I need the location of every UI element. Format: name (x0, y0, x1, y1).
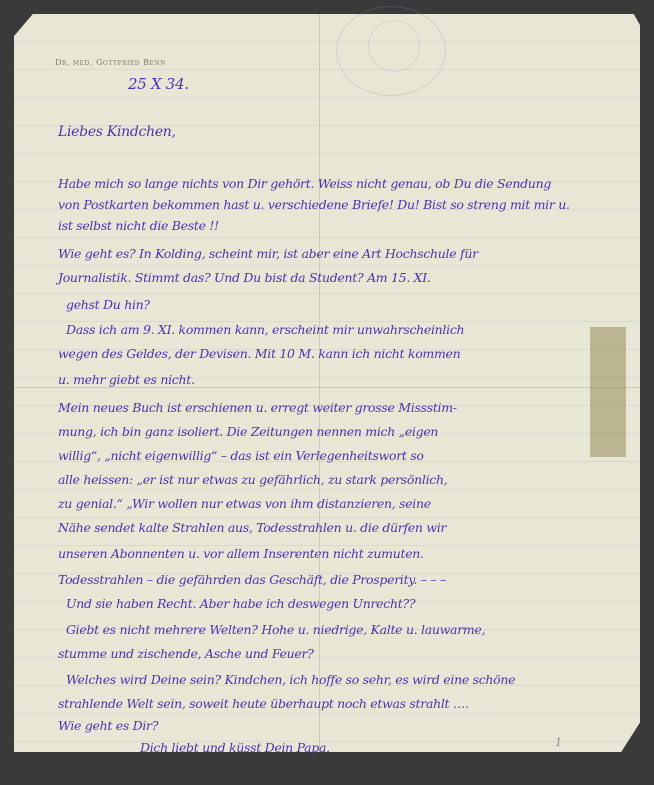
letter-line: ist selbst nicht die Beste !! (58, 218, 219, 233)
letter-line: unseren Abonnenten u. vor allem Inserent… (58, 546, 424, 561)
letter-line: willig“, „nicht eigenwillig“ – das ist e… (58, 448, 424, 463)
letter-line: von Postkarten bekommen hast u. verschie… (58, 197, 570, 212)
letter-date: 25 X 34. (128, 75, 189, 93)
letter-line: Und sie haben Recht. Aber habe ich deswe… (66, 596, 415, 611)
letter-line: strahlende Welt sein, soweit heute überh… (58, 696, 469, 711)
letter-line: gehst Du hin? (66, 297, 150, 312)
page-number: 1 (555, 736, 562, 749)
letter-line: Habe mich so lange nichts von Dir gehört… (58, 176, 551, 191)
vertical-fold-line (319, 14, 320, 752)
letter-line: alle heissen: „er ist nur etwas zu gefäh… (58, 472, 447, 487)
letter-line: u. mehr giebt es nicht. (58, 372, 195, 387)
repair-tape (590, 327, 626, 457)
letter-line: Mein neues Buch ist erschienen u. erregt… (58, 400, 457, 415)
letter-line: wegen des Geldes, der Devisen. Mit 10 M.… (58, 346, 460, 361)
letter-line: Todesstrahlen – die gefährden das Geschä… (58, 572, 446, 587)
letter-line: stumme und zischende, Asche und Feuer? (58, 646, 314, 661)
postal-stamp-inner-ring (368, 20, 420, 72)
letter-line: Wie geht es Dir? (58, 718, 158, 733)
letter-line: Journalistik. Stimmt das? Und Du bist da… (58, 270, 431, 285)
letter-line: zu genial.“ „Wir wollen nur etwas von ih… (58, 496, 431, 511)
letter-line: Nähe sendet kalte Strahlen aus, Todesstr… (58, 520, 446, 535)
letter-line: Dass ich am 9. XI. kommen kann, erschein… (66, 322, 464, 337)
closing-signature: Dich liebt und küsst Dein Papa. (140, 740, 330, 755)
letter-line: mung, ich bin ganz isoliert. Die Zeitung… (58, 424, 438, 439)
letterhead: Dr. med. Gottfried Benn (55, 58, 166, 67)
letter-line: Welches wird Deine sein? Kindchen, ich h… (66, 672, 515, 687)
letter-line: Giebt es nicht mehrere Welten? Hohe u. n… (66, 622, 485, 637)
letter-line: Wie geht es? In Kolding, scheint mir, is… (58, 246, 478, 261)
horizontal-fold-line (14, 387, 640, 388)
salutation: Liebes Kindchen, (58, 124, 176, 140)
